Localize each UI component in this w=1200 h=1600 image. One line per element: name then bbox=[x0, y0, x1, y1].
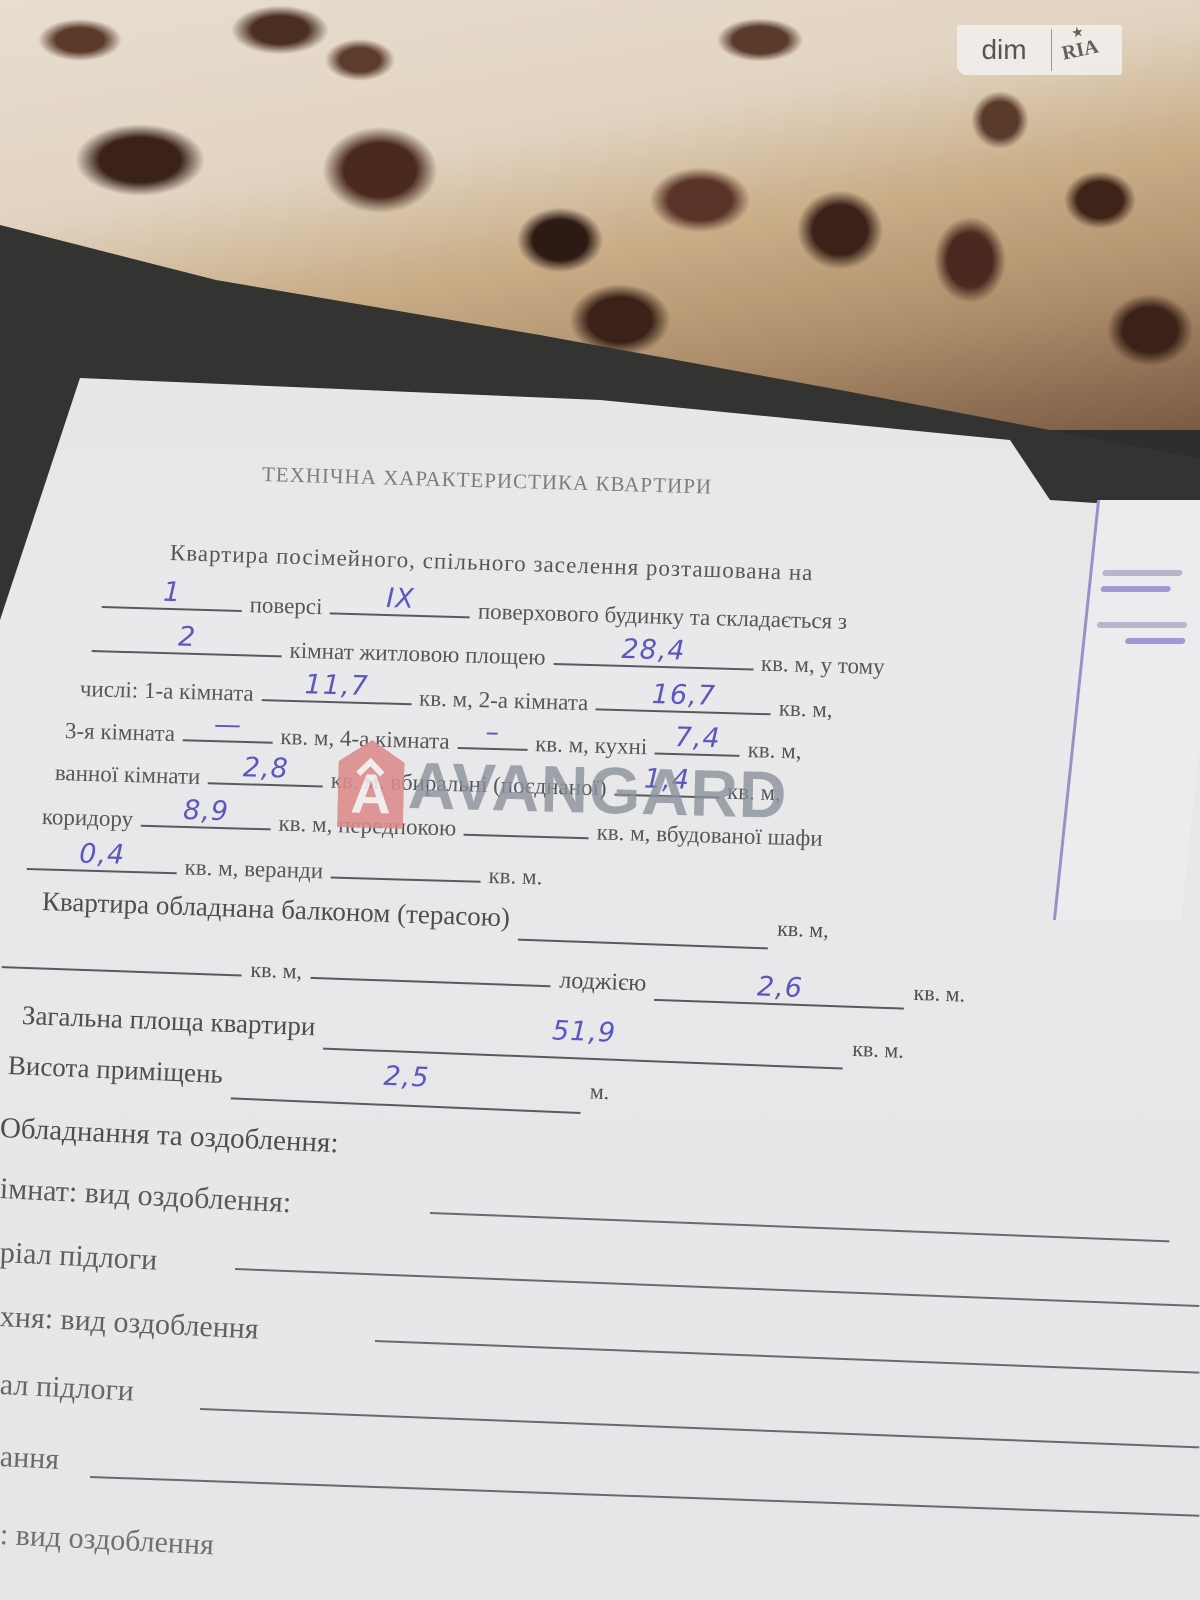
text-line-1: Квартира посімейного, спільного заселенн… bbox=[170, 540, 814, 586]
avangard-name: AVANGARD bbox=[407, 747, 788, 833]
text-line-3: 2 кімнат житловою площею 28,4 кв. м, у т… bbox=[90, 628, 886, 680]
text-line-16: хня: вид оздоблення bbox=[0, 1300, 259, 1347]
equipment-line[interactable] bbox=[90, 1476, 1199, 1517]
text-line-12: Висота приміщень 2,5 м. bbox=[7, 1050, 610, 1106]
veranda-field[interactable] bbox=[331, 855, 482, 883]
room2-field[interactable]: 16,7 bbox=[596, 686, 772, 715]
text-line-17: ал підлоги bbox=[0, 1368, 135, 1409]
room1-field[interactable]: 11,7 bbox=[261, 677, 412, 705]
building-floors-field[interactable]: IX bbox=[330, 590, 471, 618]
room3-field[interactable]: — bbox=[183, 717, 274, 744]
loggia-field[interactable]: 2,6 bbox=[654, 977, 905, 1010]
built-in-closet-field[interactable]: 0,4 bbox=[27, 846, 178, 874]
rooms-field[interactable]: 2 bbox=[92, 628, 283, 657]
living-area-field[interactable]: 28,4 bbox=[553, 641, 754, 671]
text-line-13: Обладнання та оздоблення: bbox=[0, 1112, 339, 1160]
text-line-18: ання bbox=[0, 1440, 60, 1477]
balcony-extra-field[interactable] bbox=[2, 944, 243, 976]
text-line-8: 0,4 кв. м, веранди кв. м. bbox=[25, 846, 543, 890]
floor-field[interactable]: 1 bbox=[102, 584, 243, 612]
bathroom-field[interactable]: 2,8 bbox=[208, 760, 324, 787]
document-title: ТЕХНІЧНА ХАРАКТЕРИСТИКА КВАРТИРИ bbox=[262, 462, 713, 500]
avangard-logo-icon: A bbox=[337, 739, 405, 829]
text-line-14: імнат: вид оздоблення: bbox=[0, 1172, 292, 1220]
text-line-9: Квартира обладнана балконом (терасою) кв… bbox=[41, 886, 829, 944]
text-line-19: : вид оздоблення bbox=[0, 1518, 215, 1562]
avangard-watermark: A AVANGARD bbox=[337, 739, 789, 839]
finish-rooms-line[interactable] bbox=[430, 1212, 1170, 1242]
corridor-field[interactable]: 8,9 bbox=[141, 803, 272, 831]
kitchen-floor-line[interactable] bbox=[200, 1408, 1199, 1448]
text-line-10: кв. м, лоджією 2,6 кв. м. bbox=[0, 944, 966, 1009]
floor-material-line[interactable] bbox=[235, 1268, 1199, 1307]
kitchen-finish-line[interactable] bbox=[375, 1340, 1199, 1374]
balcony-field[interactable] bbox=[518, 917, 769, 950]
text-line-15: ріал підлоги bbox=[0, 1236, 158, 1278]
blank-field[interactable] bbox=[311, 955, 552, 987]
ceiling-height-field[interactable]: 2,5 bbox=[231, 1075, 582, 1114]
